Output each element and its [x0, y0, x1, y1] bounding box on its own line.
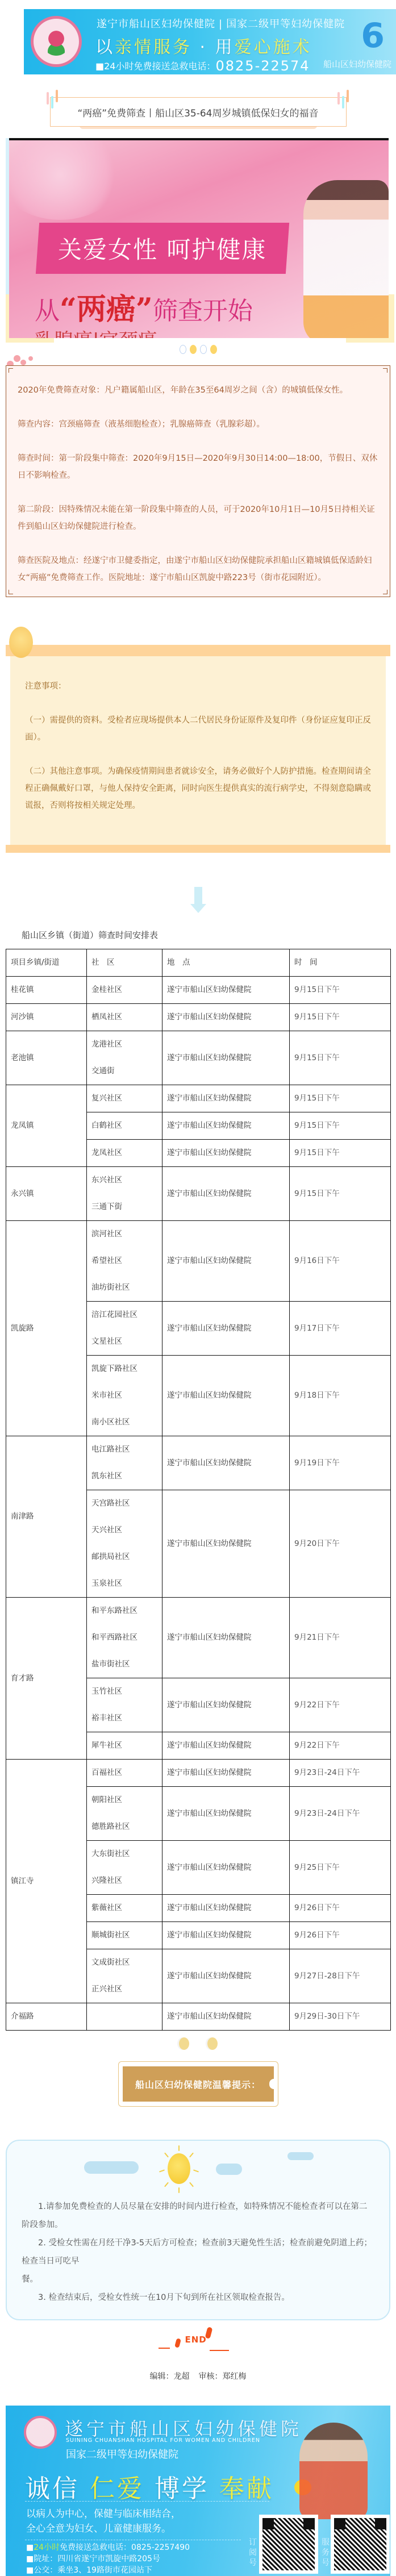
hospital-grade: 国家二级甲等妇幼保健院	[226, 18, 345, 30]
headline-text: 从	[35, 297, 60, 326]
town-cell: 老池镇	[6, 1031, 87, 1085]
community-name: 南小区社区	[91, 1409, 157, 1436]
time-cell: 9月23日-24日下午	[290, 1787, 391, 1841]
notice-top-bar	[6, 645, 390, 656]
town-name: 河沙镇	[11, 1004, 82, 1031]
time-value: 9月15日下午	[294, 1004, 386, 1031]
community-cell: 东兴社区三通下街	[87, 1167, 162, 1221]
table-row: 永兴镇东兴社区三通下街遂宁市船山区妇幼保健院9月15日下午	[6, 1167, 391, 1221]
decor-bar	[56, 90, 58, 102]
location-cell: 遂宁市船山区妇幼保健院	[162, 1167, 290, 1221]
community-name: 天宫路社区	[91, 1490, 157, 1517]
hospital-name-en: SUINING CHUANSHAN HOSPITAL FOR WOMEN AND…	[66, 2437, 260, 2444]
carousel-dot[interactable]	[210, 345, 217, 354]
mother-baby-illustration	[299, 2423, 368, 2519]
community-name: 兴隆社区	[91, 1868, 157, 1894]
hospital-motto: 诚信 仁爱 博学 奉献	[25, 2468, 274, 2504]
qr-code-subscribe[interactable]	[259, 2515, 318, 2574]
info-location: 筛查医院及地点：经遂宁市卫健委指定，由遂宁市船山区妇幼保健院承担船山区籍城镇低保…	[18, 552, 380, 586]
location-name: 遂宁市船山区妇幼保健院	[167, 1624, 285, 1651]
community-name: 顺城街社区	[91, 1922, 157, 1949]
table-header-cell: 项目乡镇/街道	[6, 949, 87, 977]
table-row: 介福路遂宁市船山区妇幼保健院9月29日-30日下午	[6, 2003, 391, 2031]
reviewer: 审核：郑红梅	[199, 2372, 247, 2381]
hero-image: 关爱女性 呵护健康 从“两癌”筛查开始 乳腺癌|宫颈癌	[9, 138, 389, 338]
community-name: 紫薇社区	[91, 1895, 157, 1921]
time-cell: 9月15日下午	[290, 1112, 391, 1140]
location-name: 遂宁市船山区妇幼保健院	[167, 1382, 285, 1409]
location-cell: 遂宁市船山区妇幼保健院	[162, 1760, 290, 1787]
table-header-row: 项目乡镇/街道社 区地 点时 间	[6, 949, 391, 977]
hero-carousel[interactable]: 关爱女性 呵护健康 从“两癌”筛查开始 乳腺癌|宫颈癌	[6, 138, 394, 343]
article-page: 遂宁市船山区妇幼保健院|国家二级甲等妇幼保健院 以亲情服务 · 用爱心施术 ■2…	[0, 9, 396, 2576]
divider	[25, 2501, 269, 2502]
location-cell: 遂宁市船山区妇幼保健院	[162, 1112, 290, 1140]
time-value: 9月15日下午	[294, 1112, 386, 1139]
screening-info-box: 2020年免费筛查对象：凡户籍属船山区，年龄在35至64周岁之间（含）的城镇低保…	[6, 365, 390, 597]
location-name: 遂宁市船山区妇幼保健院	[167, 1450, 285, 1477]
screening-info-section: 2020年免费筛查对象：凡户籍属船山区，年龄在35至64周岁之间（含）的城镇低保…	[6, 365, 390, 597]
moon-decorations	[0, 2037, 396, 2050]
time-cell: 9月22日下午	[290, 1678, 391, 1732]
notice-bottom-bar	[6, 845, 390, 853]
time-value: 9月29日-30日下午	[294, 2003, 386, 2030]
community-name: 文星社区	[91, 1328, 157, 1355]
article-title-box: “两癌”免费筛查丨船山区35-64周岁城镇低保妇女的福音	[50, 88, 347, 127]
carousel-dot[interactable]	[180, 345, 186, 354]
location-name: 遂宁市船山区妇幼保健院	[167, 1854, 285, 1881]
time-cell: 9月22日下午	[290, 1732, 391, 1760]
location-cell: 遂宁市船山区妇幼保健院	[162, 1436, 290, 1490]
town-name: 凯旋路	[11, 1315, 82, 1342]
time-value: 9月15日下午	[294, 1140, 386, 1166]
location-name: 遂宁市船山区妇幼保健院	[167, 1045, 285, 1072]
community-cell: 电江路社区凯东社区	[87, 1436, 162, 1490]
location-name: 遂宁市船山区妇幼保健院	[167, 1085, 285, 1112]
hotline-label: ■24小时免费接送急救电话：	[95, 61, 215, 72]
hotline-24h: 24小时	[34, 2543, 60, 2552]
location-cell: 遂宁市船山区妇幼保健院	[162, 1004, 290, 1031]
schedule-title: 船山区乡镇（街道）筛查时间安排表	[22, 929, 396, 941]
location-name: 遂宁市船山区妇幼保健院	[167, 1004, 285, 1031]
community-name: 复兴社区	[91, 1085, 157, 1112]
location-cell: 遂宁市船山区妇幼保健院	[162, 1302, 290, 1356]
qr-service-label: 服务号	[322, 2537, 331, 2568]
decor-bar	[342, 96, 344, 109]
community-name: 朝阳社区	[91, 1787, 157, 1814]
time-value: 9月26日下午	[294, 1922, 386, 1949]
sun-ray	[178, 2145, 180, 2151]
community-name: 正兴社区	[91, 1976, 157, 2003]
table-row: 河沙镇栖凤社区遂宁市船山区妇幼保健院9月15日下午	[6, 1004, 391, 1031]
community-name: 裕丰社区	[91, 1705, 157, 1732]
carousel-dot[interactable]	[190, 345, 197, 354]
community-cell: 天宫路社区天兴社区邮拱局社区玉泉社区	[87, 1490, 162, 1598]
town-name: 永兴镇	[11, 1181, 82, 1207]
decor-pill	[269, 2079, 274, 2089]
mission-line: 以病人为中心，保健与临床相结合，	[26, 2507, 181, 2521]
article-title: “两癌”免费筛查丨船山区35-64周岁城镇低保妇女的福音	[50, 97, 347, 127]
sun-icon	[168, 2153, 190, 2184]
mission-line: 全心全意为妇女、儿童健康服务。	[26, 2521, 181, 2536]
corner-ornament	[9, 368, 13, 373]
table-row: 镇江寺百福社区遂宁市船山区妇幼保健院9月23日-24日下午	[6, 1760, 391, 1787]
hospital-grade: 国家二级甲等妇幼保健院	[66, 2446, 178, 2461]
town-cell: 介福路	[6, 2003, 87, 2031]
notice-item: （一）需提供的资料。受检者应现场提供本人二代居民身份证原件及复印件（身份证应复印…	[25, 712, 371, 746]
woman-figure	[303, 180, 389, 338]
location-cell: 遂宁市船山区妇幼保健院	[162, 1787, 290, 1841]
community-name: 和平东路社区	[91, 1598, 157, 1624]
location-cell: 遂宁市船山区妇幼保健院	[162, 2003, 290, 2031]
community-cell: 白鹤社区	[87, 1112, 162, 1140]
tip-item: 3. 检查结束后，受检女性统一在10月下旬到所在社区领取检查报告。	[22, 2289, 373, 2307]
time-value: 9月23日-24日下午	[294, 1800, 386, 1827]
time-cell: 9月18日下午	[290, 1356, 391, 1436]
sun-ray	[193, 2169, 199, 2172]
community-cell: 滨河社区希望社区油坊街社区	[87, 1221, 162, 1302]
community-cell: 复兴社区	[87, 1085, 162, 1112]
town-name: 南津路	[11, 1503, 82, 1530]
community-name: 三通下街	[91, 1194, 157, 1220]
location-cell: 遂宁市船山区妇幼保健院	[162, 1356, 290, 1436]
community-name: 白鹤社区	[91, 1112, 157, 1139]
community-name: 米市社区	[91, 1382, 157, 1409]
town-cell: 桂花镇	[6, 977, 87, 1004]
table-row: 老池镇龙港社区交通街遂宁市船山区妇幼保健院9月15日下午	[6, 1031, 391, 1085]
motto-word: 仁爱	[90, 2474, 155, 2503]
header-label: 地 点	[167, 949, 285, 976]
rose-decoration	[9, 138, 123, 220]
corner-ornament	[9, 590, 13, 594]
location-cell: 遂宁市船山区妇幼保健院	[162, 1841, 290, 1895]
moon-icon	[179, 2037, 189, 2050]
time-cell: 9月20日下午	[290, 1490, 391, 1598]
end-label: END	[185, 2335, 207, 2345]
info-content: 筛查内容：宫颈癌筛查（液基细胞检查）；乳腺癌筛查（乳腺彩超）。	[18, 416, 380, 433]
hero-subtitle: 乳腺癌|宫颈癌	[35, 325, 157, 338]
community-name: 东兴社区	[91, 1167, 157, 1194]
header-label: 时 间	[294, 949, 386, 976]
location-cell: 遂宁市船山区妇幼保健院	[162, 1598, 290, 1678]
bullet: ■	[26, 2543, 34, 2552]
community-cell: 栖凤社区	[87, 1004, 162, 1031]
community-name: 龙凤社区	[91, 1140, 157, 1166]
time-cell: 9月26日下午	[290, 1922, 391, 1949]
community-name: 玉竹社区	[91, 1678, 157, 1705]
cloud-icon	[216, 2164, 242, 2175]
time-value: 9月19日下午	[294, 1450, 386, 1477]
location-name: 遂宁市船山区妇幼保健院	[167, 1531, 285, 1557]
time-cell: 9月15日下午	[290, 1004, 391, 1031]
community-name: 涪江花园社区	[91, 1302, 157, 1328]
slogan-text: · 用	[192, 37, 235, 57]
location-name: 遂宁市船山区妇幼保健院	[167, 1248, 285, 1274]
location-name: 遂宁市船山区妇幼保健院	[167, 1800, 285, 1827]
community-cell: 凯旋下路社区米市社区南小区社区	[87, 1356, 162, 1436]
community-name: 大东街社区	[91, 1841, 157, 1868]
tips-box: 1.请参加免费检查的人员尽量在安排的时间内进行检查，如特殊情况不能检查者可以在第…	[6, 2140, 390, 2320]
table-row: 桂花镇金桂社区遂宁市船山区妇幼保健院9月15日下午	[6, 977, 391, 1004]
motto-word: 奉献	[219, 2474, 274, 2503]
time-cell: 9月15日下午	[290, 1167, 391, 1221]
headline-highlight: “两癌”	[60, 292, 153, 327]
time-cell: 9月17日下午	[290, 1302, 391, 1356]
reminder-label: 船山区妇幼保健院温馨提示：	[135, 2078, 261, 2091]
tip-item: 2. 受检女性需在月经干净3-5天后方可检查；检查前3天避免性生活；检查前避免阴…	[22, 2234, 373, 2270]
banner-slogan: 以亲情服务 · 用爱心施术	[95, 33, 312, 58]
slogan-highlight: 爱心施术	[235, 37, 312, 57]
hospital-logo	[24, 2416, 57, 2449]
banner-hotline: ■24小时免费接送急救电话：0825-22574	[95, 57, 310, 73]
time-value: 9月23日-24日下午	[294, 1760, 386, 1786]
community-name: 和平西路社区	[91, 1624, 157, 1651]
notice-item: （二）其他注意事项。为确保疫情期间患者就诊安全，请务必做好个人防护措施。检查期间…	[25, 763, 371, 814]
decor-bar	[347, 90, 349, 102]
location-cell: 遂宁市船山区妇幼保健院	[162, 1221, 290, 1302]
reminder-label-box: 船山区妇幼保健院温馨提示：	[118, 2061, 278, 2107]
editor: 编辑：龙超	[150, 2372, 190, 2381]
community-name: 油坊街社区	[91, 1274, 157, 1301]
time-cell: 9月25日下午	[290, 1841, 391, 1895]
location-name: 遂宁市船山区妇幼保健院	[167, 977, 285, 1003]
community-name: 凯东社区	[91, 1463, 157, 1490]
credits: 编辑：龙超审核：郑红梅	[0, 2370, 396, 2382]
location-name: 遂宁市船山区妇幼保健院	[167, 1112, 285, 1139]
location-cell: 遂宁市船山区妇幼保健院	[162, 1490, 290, 1598]
sun-ray	[164, 2153, 169, 2158]
header-label: 项目乡镇/街道	[11, 949, 82, 976]
time-value: 9月27日-28日下午	[294, 1963, 386, 1990]
location-cell: 遂宁市船山区妇幼保健院	[162, 1949, 290, 2003]
location-cell: 遂宁市船山区妇幼保健院	[162, 1922, 290, 1949]
time-cell: 9月15日下午	[290, 1031, 391, 1085]
community-cell: 文成街社区正兴社区	[87, 1949, 162, 2003]
community-cell: 顺城街社区	[87, 1922, 162, 1949]
bottom-hospital-banner: 遂宁市船山区妇幼保健院 SUINING CHUANSHAN HOSPITAL F…	[6, 2406, 390, 2576]
community-name: 犀牛社区	[91, 1732, 157, 1759]
table-row: 南津路电江路社区凯东社区遂宁市船山区妇幼保健院9月19日下午	[6, 1436, 391, 1490]
time-cell: 9月21日下午	[290, 1598, 391, 1678]
location-cell: 遂宁市船山区妇幼保健院	[162, 1895, 290, 1922]
town-cell: 河沙镇	[6, 1004, 87, 1031]
town-name: 龙凤镇	[11, 1112, 82, 1139]
sun-ray	[164, 2182, 169, 2187]
sun-ray	[159, 2169, 165, 2172]
slogan-highlight: 亲情服务	[115, 37, 192, 57]
table-row: 龙凤镇复兴社区遂宁市船山区妇幼保健院9月15日下午	[6, 1085, 391, 1112]
community-name: 希望社区	[91, 1248, 157, 1274]
community-name: 盐市街社区	[91, 1651, 157, 1678]
location-name: 遂宁市船山区妇幼保健院	[167, 1140, 285, 1166]
slogan-text: 以	[95, 37, 115, 57]
time-cell: 9月15日下午	[290, 1085, 391, 1112]
time-cell: 9月15日下午	[290, 977, 391, 1004]
community-name: 电江路社区	[91, 1436, 157, 1463]
community-name: 栖凤社区	[91, 1004, 157, 1031]
community-cell	[87, 2003, 162, 2031]
time-value: 9月26日下午	[294, 1895, 386, 1921]
time-value: 9月20日下午	[294, 1531, 386, 1557]
town-name: 桂花镇	[11, 977, 82, 1003]
hero-tag: 关爱女性 呵护健康	[36, 223, 289, 274]
location-name: 遂宁市船山区妇幼保健院	[167, 1692, 285, 1719]
town-cell: 永兴镇	[6, 1167, 87, 1221]
banner-heading: 遂宁市船山区妇幼保健院|国家二级甲等妇幼保健院	[97, 16, 345, 31]
notice-box: 注意事项： （一）需提供的资料。受检者应现场提供本人二代居民身份证原件及复印件（…	[10, 656, 386, 845]
reminder-label-bg: 船山区妇幼保健院温馨提示：	[123, 2066, 274, 2102]
time-value: 9月22日下午	[294, 1692, 386, 1719]
hero-headline: 从“两癌”筛查开始	[35, 285, 253, 328]
community-name: 邮拱局社区	[91, 1544, 157, 1570]
time-value: 9月16日下午	[294, 1248, 386, 1274]
location-name: 遂宁市船山区妇幼保健院	[167, 1732, 285, 1759]
corner-ornament	[383, 368, 387, 373]
top-hospital-banner: 遂宁市船山区妇幼保健院|国家二级甲等妇幼保健院 以亲情服务 · 用爱心施术 ■2…	[24, 9, 396, 74]
community-cell: 朝阳社区德胜路社区	[87, 1787, 162, 1841]
headline-text: 筛查开始	[153, 297, 253, 326]
location-name: 遂宁市船山区妇幼保健院	[167, 1922, 285, 1949]
end-mark: END	[159, 2327, 238, 2361]
schedule-table: 项目乡镇/街道社 区地 点时 间桂花镇金桂社区遂宁市船山区妇幼保健院9月15日下…	[6, 949, 391, 2031]
decor-bar	[51, 96, 53, 109]
town-name: 介福路	[11, 2003, 82, 2030]
header-label: 社 区	[91, 949, 157, 976]
location-cell: 遂宁市船山区妇幼保健院	[162, 977, 290, 1004]
hospital-logo	[31, 16, 82, 67]
time-cell: 9月26日下午	[290, 1895, 391, 1922]
time-cell: 9月15日下午	[290, 1140, 391, 1167]
community-name: 德胜路社区	[91, 1814, 157, 1840]
cloud-icon	[287, 2152, 314, 2160]
time-value: 9月18日下午	[294, 1382, 386, 1409]
corner-ornament	[383, 590, 387, 594]
contact-info: ■24小时免费接送急救电话：0825-2257490 ■院址：四川省遂宁市凯旋中…	[26, 2542, 190, 2576]
cloud-icon	[84, 2161, 139, 2174]
time-cell: 9月23日-24日下午	[290, 1760, 391, 1787]
moon-icon	[207, 2037, 218, 2050]
community-name: 玉泉社区	[91, 1570, 157, 1597]
community-name: 交通街	[91, 1058, 157, 1085]
time-cell: 9月16日下午	[290, 1221, 391, 1302]
divider	[25, 2540, 241, 2540]
location-cell: 遂宁市船山区妇幼保健院	[162, 1085, 290, 1112]
hero-tag-text: 关爱女性 呵护健康	[58, 231, 266, 265]
info-target: 2020年免费筛查对象：凡户籍属船山区，年龄在35至64周岁之间（含）的城镇低保…	[18, 382, 380, 399]
notice-heading: 注意事项：	[25, 678, 371, 695]
community-cell: 龙港社区交通街	[87, 1031, 162, 1085]
location-name: 遂宁市船山区妇幼保健院	[167, 1760, 285, 1786]
bus-line: ■公交：乘坐3、19路街市花园站下	[26, 2565, 190, 2576]
qr-code-service[interactable]	[331, 2515, 390, 2574]
community-name: 滨河社区	[91, 1221, 157, 1248]
time-value: 9月15日下午	[294, 1181, 386, 1207]
community-name: 文成街社区	[91, 1949, 157, 1976]
hotline-line: ■24小时免费接送急救电话：0825-2257490	[26, 2542, 190, 2553]
time-value: 9月21日下午	[294, 1624, 386, 1651]
community-cell: 金桂社区	[87, 977, 162, 1004]
location-cell: 遂宁市船山区妇幼保健院	[162, 1140, 290, 1167]
motto-word: 博学	[155, 2474, 219, 2503]
town-cell: 南津路	[6, 1436, 87, 1598]
sun-ray	[189, 2153, 194, 2158]
down-arrow-icon	[190, 887, 206, 913]
time-value: 9月25日下午	[294, 1854, 386, 1881]
location-cell: 遂宁市船山区妇幼保健院	[162, 1031, 290, 1085]
community-name: 凯旋下路社区	[91, 1356, 157, 1382]
location-name: 遂宁市船山区妇幼保健院	[167, 1963, 285, 1990]
time-value: 9月15日下午	[294, 1045, 386, 1072]
community-cell: 百福社区	[87, 1760, 162, 1787]
table-header-cell: 地 点	[162, 949, 290, 977]
location-name: 遂宁市船山区妇幼保健院	[167, 2003, 285, 2030]
community-cell: 玉竹社区裕丰社区	[87, 1678, 162, 1732]
mission-statement: 以病人为中心，保健与临床相结合， 全心全意为妇女、儿童健康服务。	[26, 2507, 181, 2536]
sun-ray	[178, 2187, 180, 2193]
community-name: 金桂社区	[91, 977, 157, 1003]
community-name: 龙港社区	[91, 1031, 157, 1058]
time-cell: 9月19日下午	[290, 1436, 391, 1490]
moon-rabbit-icon	[9, 627, 33, 658]
town-name: 老池镇	[11, 1045, 82, 1072]
hospital-name: 遂宁市船山区妇幼保健院	[97, 18, 215, 30]
motto-word: 诚信	[25, 2474, 90, 2503]
location-cell: 遂宁市船山区妇幼保健院	[162, 1678, 290, 1732]
table-row: 育才路和平东路社区和平西路社区盐市街社区遂宁市船山区妇幼保健院9月21日下午	[6, 1598, 391, 1678]
sun-ray	[189, 2182, 194, 2187]
table-header-cell: 时 间	[290, 949, 391, 977]
time-cell: 9月27日-28日下午	[290, 1949, 391, 2003]
community-name: 天兴社区	[91, 1517, 157, 1544]
community-cell: 大东街社区兴隆社区	[87, 1841, 162, 1895]
community-cell: 犀牛社区	[87, 1732, 162, 1760]
community-name: 百福社区	[91, 1760, 157, 1786]
hotline-text: 免费接送急救电话：0825-2257490	[60, 2543, 190, 2552]
time-value: 9月15日下午	[294, 1085, 386, 1112]
town-cell: 龙凤镇	[6, 1085, 87, 1167]
location-name: 遂宁市船山区妇幼保健院	[167, 1181, 285, 1207]
location-cell: 遂宁市船山区妇幼保健院	[162, 1732, 290, 1760]
time-cell: 9月29日-30日下午	[290, 2003, 391, 2031]
location-name: 遂宁市船山区妇幼保健院	[167, 1895, 285, 1921]
notice-section: 注意事项： （一）需提供的资料。受检者应现场提供本人二代居民身份证原件及复印件（…	[6, 645, 390, 853]
tip-item: 餐。	[22, 2270, 373, 2289]
tip-item: 1.请参加免费检查的人员尽量在安排的时间内进行检查，如特殊情况不能检查者可以在第…	[22, 2198, 373, 2234]
town-cell: 育才路	[6, 1598, 87, 1760]
location-name: 遂宁市船山区妇幼保健院	[167, 1315, 285, 1342]
town-name: 镇江寺	[11, 1868, 82, 1895]
decor-bar	[337, 92, 340, 105]
community-cell: 紫薇社区	[87, 1895, 162, 1922]
info-time: 筛查时间：第一阶段集中筛查：2020年9月15日—2020年9月30日14:00…	[18, 450, 380, 484]
carousel-dots	[0, 345, 396, 354]
wechat-watermark: 船山区妇幼保健院	[323, 58, 391, 70]
info-phase-two: 第二阶段：因特殊情况未能在第一阶段集中筛查的人员，可于2020年10月1日—10…	[18, 501, 380, 535]
town-cell: 凯旋路	[6, 1221, 87, 1436]
qr-subscribe-label: 订阅号	[249, 2537, 258, 2568]
table-row: 凯旋路滨河社区希望社区油坊街社区遂宁市船山区妇幼保健院9月16日下午	[6, 1221, 391, 1302]
town-cell: 镇江寺	[6, 1760, 87, 2003]
community-cell: 涪江花园社区文星社区	[87, 1302, 162, 1356]
time-value: 9月22日下午	[294, 1732, 386, 1759]
community-cell: 和平东路社区和平西路社区盐市街社区	[87, 1598, 162, 1678]
decor-bar	[47, 92, 49, 105]
decorative-6-icon: 6	[361, 16, 385, 56]
town-name: 育才路	[11, 1665, 82, 1692]
hotline-number: 0825-22574	[215, 58, 310, 74]
address-line: ■院址：四川省遂宁市凯旋中路205号	[26, 2553, 190, 2565]
carousel-dot[interactable]	[200, 345, 207, 354]
